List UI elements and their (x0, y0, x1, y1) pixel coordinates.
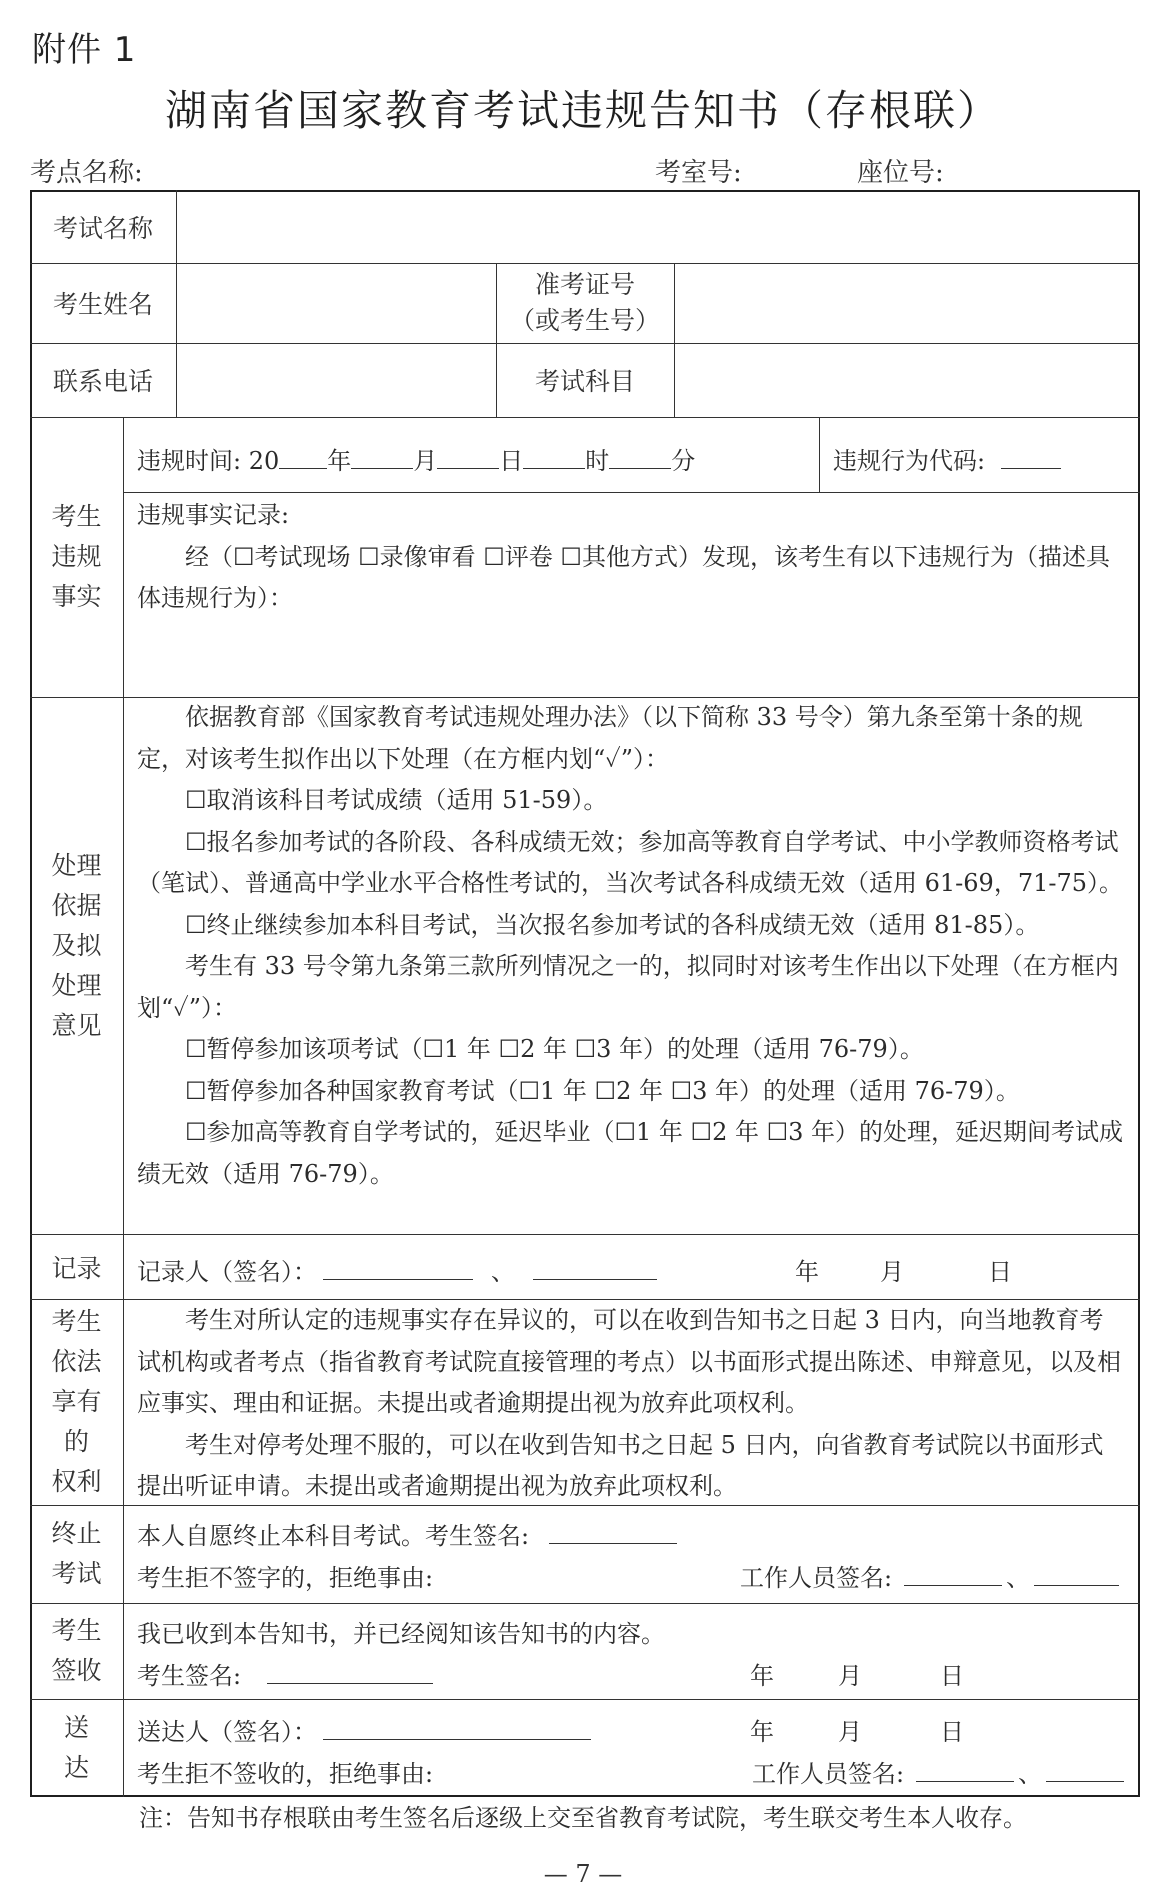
recorder-signature-blank-1[interactable] (323, 1257, 473, 1280)
label-line: 享有 (51, 1382, 101, 1422)
label-line: 事实 (51, 577, 101, 617)
admission-number-label-line1: 准考证号 (535, 267, 635, 303)
seat-number-label: 座位号: (857, 152, 944, 189)
row-divider (30, 417, 1140, 418)
record-month: 月 (880, 1252, 904, 1287)
deliverer-signature: 送达人（签名）： (137, 1712, 591, 1747)
staff-signature-blank-2[interactable] (1034, 1563, 1119, 1586)
record-year: 年 (795, 1252, 819, 1287)
termination-signature-blank[interactable] (549, 1521, 677, 1544)
rights-text: 考生对所认定的违规事实存在异议的，可以在收到告知书之日起 3 日内，向当地教育考… (137, 1300, 1127, 1508)
label-line: 依据 (51, 886, 101, 926)
delivery-year: 年 (750, 1712, 774, 1747)
label-line: 终止 (51, 1514, 101, 1554)
separator: 、 (1006, 1564, 1030, 1592)
handling-option-delay-graduation[interactable]: ☐参加高等教育自学考试的，延迟毕业（☐1 年 ☐2 年 ☐3 年）的处理，延迟期… (137, 1112, 1127, 1195)
minute-blank[interactable] (609, 446, 671, 469)
page-number: — 7 — (0, 1860, 1166, 1888)
termination-staff-signature: 工作人员签名:、 (740, 1558, 1119, 1593)
candidate-rights-label: 考生 依法 享有 的 权利 (30, 1299, 123, 1505)
label-line: 考生 (51, 1302, 101, 1342)
record-day: 日 (988, 1252, 1012, 1287)
deliverer-label: 送达人（签名）： (137, 1718, 317, 1746)
day-unit: 日 (499, 447, 523, 475)
violation-code-label: 违规行为代码: (833, 447, 985, 475)
label-line: 签收 (51, 1651, 101, 1691)
month-unit: 月 (413, 447, 437, 475)
col-divider (176, 190, 177, 417)
page-title: 湖南省国家教育考试违规告知书（存根联） (0, 78, 1166, 138)
staff-signature-blank-2[interactable] (1046, 1759, 1124, 1782)
staff-signature-blank-1[interactable] (904, 1563, 1002, 1586)
row-divider (30, 1603, 1140, 1604)
footer-note: 注：告知书存根联由考生签名后逐级上交至省教育考试院，考生联交考生本人收存。 (0, 1798, 1166, 1833)
rights-objection-paragraph: 考生对所认定的违规事实存在异议的，可以在收到告知书之日起 3 日内，向当地教育考… (137, 1300, 1127, 1425)
label-line: 意见 (51, 1006, 101, 1046)
handling-option-suspend-this-exam[interactable]: ☐暂停参加该项考试（☐1 年 ☐2 年 ☐3 年）的处理（适用 76-79）。 (137, 1029, 1127, 1071)
candidate-name-field[interactable] (178, 265, 494, 341)
year-blank[interactable] (279, 446, 327, 469)
row-divider (123, 492, 1140, 493)
recorder-signature: 记录人（签名）：、 (137, 1252, 657, 1287)
col-divider (123, 417, 124, 1797)
handling-intro: 依据教育部《国家教育考试违规处理办法》（以下简称 33 号令）第九条至第十条的规… (137, 697, 1127, 780)
delivery-month: 月 (838, 1712, 862, 1747)
termination-label: 终止 考试 (30, 1505, 123, 1603)
admission-number-label-line2: （或考生号） (510, 303, 660, 339)
violation-code-blank[interactable] (1001, 446, 1061, 469)
day-blank[interactable] (437, 446, 499, 469)
label-line: 权利 (51, 1462, 101, 1502)
subject-field[interactable] (676, 345, 1138, 415)
col-divider (819, 417, 820, 492)
receipt-signature-blank[interactable] (267, 1661, 433, 1684)
handling-option-cancel-score[interactable]: ☐取消该科目考试成绩（适用 51-59）。 (137, 780, 1127, 822)
room-number-label: 考室号: (655, 152, 742, 189)
handling-additional-intro: 考生有 33 号令第九条第三款所列情况之一的，拟同时对该考生作出以下处理（在方框… (137, 946, 1127, 1029)
staff-signature-label: 工作人员签名: (740, 1564, 892, 1592)
violation-facts-label: 考生 违规 事实 (30, 417, 123, 697)
attachment-label: 附件 1 (32, 22, 136, 71)
violation-record: 违规事实记录: 经（☐考试现场 ☐录像审看 ☐评卷 ☐其他方式）发现，该考生有以… (137, 495, 1127, 620)
label-line: 考生 (51, 1611, 101, 1651)
violation-record-title: 违规事实记录: (137, 495, 1127, 537)
exam-name-field[interactable] (178, 192, 1138, 262)
delivery-refusal-reason: 考生拒不签收的，拒绝事由: (137, 1754, 433, 1789)
receipt-signature: 考生签名: (137, 1656, 433, 1691)
separator: 、 (1018, 1760, 1042, 1788)
delivery-staff-signature: 工作人员签名:、 (752, 1754, 1124, 1789)
deliverer-signature-blank[interactable] (323, 1717, 591, 1740)
label-line: 处理 (51, 966, 101, 1006)
receipt-month: 月 (838, 1656, 862, 1691)
hour-unit: 时 (585, 447, 609, 475)
receipt-signature-label: 考生签名: (137, 1662, 241, 1690)
handling-text: 依据教育部《国家教育考试违规处理办法》（以下简称 33 号令）第九条至第十条的规… (137, 697, 1127, 1195)
row-divider (30, 1234, 1140, 1235)
phone-label: 联系电话 (30, 343, 176, 417)
label-line: 的 (64, 1422, 89, 1462)
separator: 、 (491, 1258, 515, 1286)
admission-number-label: 准考证号 （或考生号） (496, 263, 674, 343)
label-line: 考生 (51, 497, 101, 537)
candidate-name-label: 考生姓名 (30, 263, 176, 343)
violation-time: 违规时间: 20年月日时分 (137, 441, 695, 476)
violation-time-prefix: 违规时间: 20 (137, 447, 279, 475)
exam-site-label: 考点名称: (30, 152, 143, 189)
record-label: 记录 (30, 1234, 123, 1299)
row-divider (30, 1699, 1140, 1700)
handling-option-suspend-all-exams[interactable]: ☐暂停参加各种国家教育考试（☐1 年 ☐2 年 ☐3 年）的处理（适用 76-7… (137, 1071, 1127, 1113)
recorder-signature-blank-2[interactable] (533, 1257, 657, 1280)
termination-refusal-reason: 考生拒不签字的，拒绝事由: (137, 1558, 433, 1593)
exam-name-label: 考试名称 (30, 190, 176, 263)
candidate-receipt-label: 考生 签收 (30, 1603, 123, 1699)
handling-option-terminate-exam[interactable]: ☐终止继续参加本科目考试，当次报名参加考试的各科成绩无效（适用 81-85）。 (137, 905, 1127, 947)
violation-record-text: 经（☐考试现场 ☐录像审看 ☐评卷 ☐其他方式）发现，该考生有以下违规行为（描述… (137, 537, 1127, 620)
receipt-year: 年 (750, 1656, 774, 1691)
label-line: 依法 (51, 1342, 101, 1382)
label-line: 违规 (51, 537, 101, 577)
label-line: 及拟 (51, 926, 101, 966)
violation-code: 违规行为代码: (833, 441, 1061, 476)
staff-signature-blank-1[interactable] (916, 1759, 1014, 1782)
handling-option-void-all-stages[interactable]: ☐报名参加考试的各阶段、各科成绩无效；参加高等教育自学考试、中小学教师资格考试（… (137, 822, 1127, 905)
label-line: 处理 (51, 846, 101, 886)
delivery-label: 送 达 (30, 1699, 123, 1797)
recorder-label: 记录人（签名）： (137, 1258, 317, 1286)
subject-label: 考试科目 (496, 343, 674, 417)
year-unit: 年 (327, 447, 351, 475)
receipt-statement: 我已收到本告知书，并已经阅知该告知书的内容。 (137, 1614, 665, 1649)
termination-statement: 本人自愿终止本科目考试。考生签名: (137, 1516, 677, 1551)
month-blank[interactable] (351, 446, 413, 469)
phone-field[interactable] (178, 345, 494, 415)
receipt-day: 日 (940, 1656, 964, 1691)
label-line: 达 (64, 1748, 89, 1788)
col-divider (674, 263, 675, 417)
delivery-day: 日 (940, 1712, 964, 1747)
handling-basis-label: 处理 依据 及拟 处理 意见 (30, 697, 123, 1234)
label-line: 送 (64, 1708, 89, 1748)
violation-description-field[interactable] (125, 620, 1138, 695)
minute-unit: 分 (671, 447, 695, 475)
termination-statement-text: 本人自愿终止本科目考试。考生签名: (137, 1522, 529, 1550)
hour-blank[interactable] (523, 446, 585, 469)
label-line: 考试 (51, 1554, 101, 1594)
staff-signature-label: 工作人员签名: (752, 1760, 904, 1788)
rights-hearing-paragraph: 考生对停考处理不服的，可以在收到告知书之日起 5 日内，向省教育考试院以书面形式… (137, 1425, 1127, 1508)
admission-number-field[interactable] (676, 265, 1138, 341)
